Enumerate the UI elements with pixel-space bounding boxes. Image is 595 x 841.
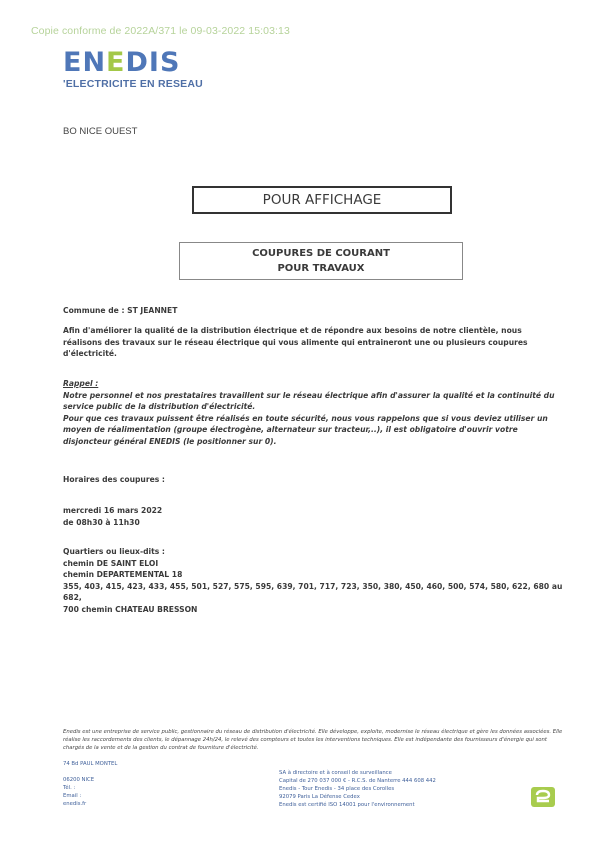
logo-wordmark: ENEDIS xyxy=(63,50,203,76)
website-link[interactable]: enedis.fr xyxy=(63,800,117,808)
quartier-item: chemin DE SAINT ELOI xyxy=(63,558,583,570)
quartier-item: 700 chemin CHATEAU BRESSON xyxy=(63,604,583,616)
rappel-paragraph-2: Pour que ces travaux puissent être réali… xyxy=(63,413,563,448)
rappel-paragraph-1: Notre personnel et nos prestataires trav… xyxy=(63,390,563,413)
agency-name: BO NICE OUEST xyxy=(63,126,137,137)
coupure-schedule: mercredi 16 mars 2022 de 08h30 à 11h30 xyxy=(63,505,162,528)
legal-line: SA à directoire et à conseil de surveill… xyxy=(279,769,436,777)
footer-about: Enedis est une entreprise de service pub… xyxy=(63,728,563,752)
coupures-title-line2: POUR TRAVAUX xyxy=(277,261,364,276)
rappel-title: Rappel : xyxy=(63,378,563,390)
coupures-banner: COUPURES DE COURANT POUR TRAVAUX xyxy=(179,242,463,280)
certification-stamp: Copie conforme de 2022A/371 le 09-03-202… xyxy=(31,25,290,37)
enedis-logo: ENEDIS 'ELECTRICITE EN RESEAU xyxy=(63,50,203,90)
horaires-label: Horaires des coupures : xyxy=(63,474,165,486)
intro-paragraph: Afin d'améliorer la qualité de la distri… xyxy=(63,325,563,360)
footer-address: 74 Bd PAUL MONTEL 06200 NICE Tél. : Emai… xyxy=(63,760,117,808)
quartiers-label: Quartiers ou lieux-dits : xyxy=(63,546,583,558)
footer-legal: SA à directoire et à conseil de surveill… xyxy=(279,769,436,809)
commune-label: Commune de : ST JEANNET xyxy=(63,305,177,317)
quartiers-section: Quartiers ou lieux-dits : chemin DE SAIN… xyxy=(63,546,583,615)
address-street: 74 Bd PAUL MONTEL xyxy=(63,760,117,768)
enedis-symbol-icon xyxy=(530,786,556,808)
logo-tagline: 'ELECTRICITE EN RESEAU xyxy=(63,78,203,90)
address-city: 06200 NICE xyxy=(63,776,117,784)
affichage-title: POUR AFFICHAGE xyxy=(263,192,382,208)
quartier-item: 355, 403, 415, 423, 433, 455, 501, 527, … xyxy=(63,581,583,604)
affichage-banner: POUR AFFICHAGE xyxy=(192,186,452,214)
address-email: Email : xyxy=(63,792,117,800)
legal-line: Enedis est certifié ISO 14001 pour l'env… xyxy=(279,801,436,809)
coupures-title-line1: COUPURES DE COURANT xyxy=(252,246,390,261)
rappel-section: Rappel : Notre personnel et nos prestata… xyxy=(63,378,563,447)
legal-line: Enedis - Tour Enedis - 34 place des Coro… xyxy=(279,785,436,793)
quartier-item: chemin DEPARTEMENTAL 18 xyxy=(63,569,583,581)
legal-line: 92079 Paris La Défense Cedex xyxy=(279,793,436,801)
coupure-date: mercredi 16 mars 2022 xyxy=(63,505,162,517)
legal-line: Capital de 270 037 000 € - R.C.S. de Nan… xyxy=(279,777,436,785)
coupure-time: de 08h30 à 11h30 xyxy=(63,517,162,529)
address-tel: Tél. : xyxy=(63,784,117,792)
